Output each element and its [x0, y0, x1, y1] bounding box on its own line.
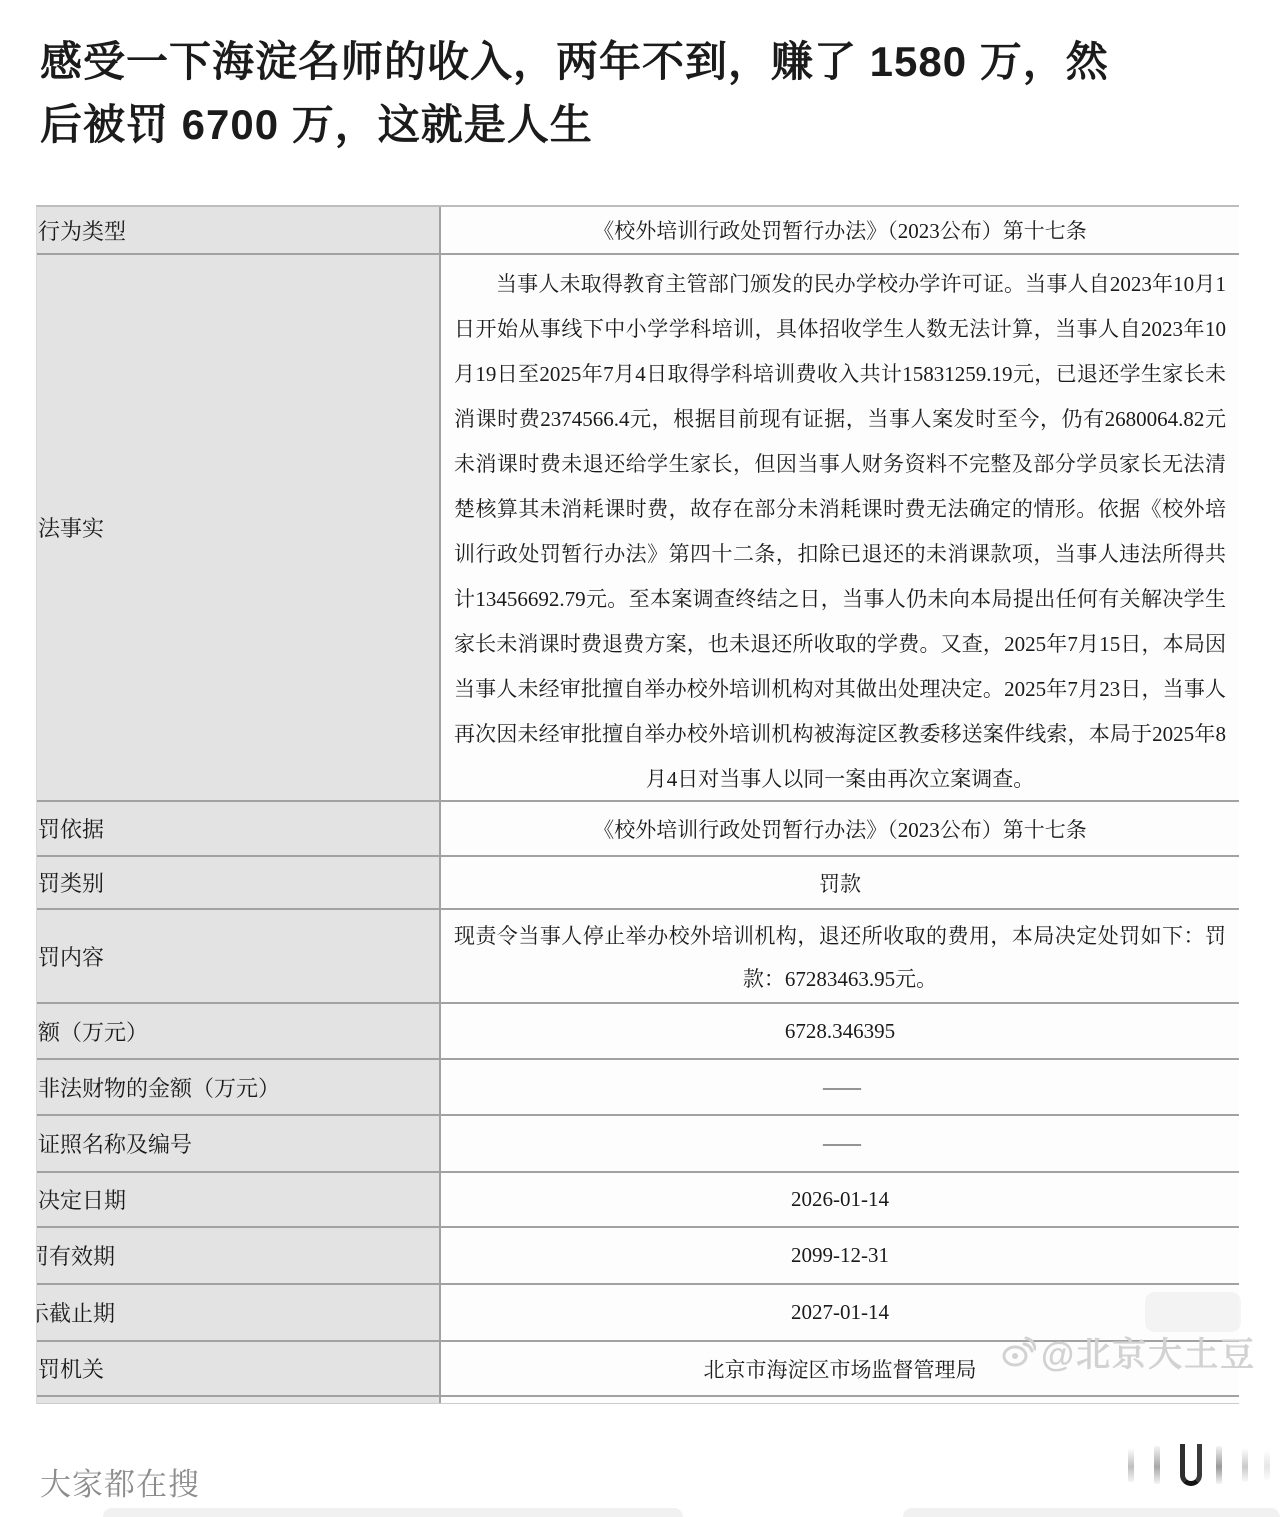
- row-value: 《校外培训行政处罚暂行办法》（2023公布）第十七条: [441, 207, 1239, 253]
- row-label: 决定日期: [37, 1173, 441, 1226]
- partial-glyph-bar: [1128, 1448, 1134, 1482]
- table-row-license-name-number: 证照名称及编号 ——: [37, 1116, 1239, 1173]
- partial-glyph-bar: [1216, 1446, 1222, 1484]
- table-row-penalty-basis: 罚依据 《校外培训行政处罚暂行办法》（2023公布）第十七条: [37, 802, 1239, 857]
- table-row-illegal-property-amount: 非法财物的金额（万元） ——: [37, 1060, 1239, 1116]
- row-value: 《校外培训行政处罚暂行办法》（2023公布）第十七条: [441, 802, 1239, 855]
- weibo-watermark-icon: [1000, 1336, 1036, 1368]
- partial-glyph-bar: [1242, 1448, 1248, 1482]
- row-label: 额（万元）: [37, 1004, 441, 1058]
- partial-glyph-bar: [1154, 1446, 1160, 1484]
- row-label: 非法财物的金额（万元）: [37, 1060, 441, 1114]
- row-label: 行为类型: [37, 207, 441, 253]
- post-title-line-1: 感受一下海淀名师的收入，两年不到，赚了 1580 万，然: [40, 30, 1272, 93]
- trending-search-pill[interactable]: [103, 1508, 683, 1517]
- row-value: ——: [441, 1060, 1239, 1114]
- row-label: 罚内容: [37, 910, 441, 1002]
- post-title-line-2: 后被罚 6700 万，这就是人生: [40, 93, 1272, 156]
- row-value: 罚款: [441, 857, 1239, 908]
- row-value: 6728.346395: [441, 1004, 1239, 1058]
- row-label: 法事实: [37, 255, 441, 800]
- faint-watermark-blob: [1145, 1292, 1241, 1332]
- post-title: 感受一下海淀名师的收入，两年不到，赚了 1580 万，然 后被罚 6700 万，…: [40, 30, 1272, 156]
- row-value: ——: [441, 1116, 1239, 1171]
- row-value: 2099-12-31: [441, 1228, 1239, 1283]
- table-row-penalty-category: 罚类别 罚款: [37, 857, 1239, 910]
- table-row-penalty-content: 罚内容 现责令当事人停止举办校外培训机构，退还所收取的费用，本局决定处罚如下：罚…: [37, 910, 1239, 1004]
- trending-search-pill[interactable]: [903, 1508, 1280, 1517]
- row-value: 2026-01-14: [441, 1173, 1239, 1226]
- row-value: [441, 1397, 1239, 1403]
- table-row-fine-amount: 额（万元） 6728.346395: [37, 1004, 1239, 1060]
- table-row-cut-off: [37, 1397, 1239, 1404]
- weibo-watermark: @北京大土豆: [1000, 1327, 1256, 1376]
- row-label: 示截止期: [37, 1285, 441, 1340]
- table-row-behavior-type: 行为类型 《校外培训行政处罚暂行办法》（2023公布）第十七条: [37, 207, 1239, 255]
- table-row-penalty-validity: 罚有效期 2099-12-31: [37, 1228, 1239, 1285]
- row-value: 现责令当事人停止举办校外培训机构，退还所收取的费用，本局决定处罚如下：罚款：67…: [441, 910, 1239, 1002]
- row-value: 当事人未取得教育主管部门颁发的民办学校办学许可证。当事人自2023年10月1日开…: [441, 255, 1239, 800]
- row-label: 罚类别: [37, 857, 441, 908]
- row-label: [37, 1397, 441, 1403]
- row-label: 证照名称及编号: [37, 1116, 441, 1171]
- table-row-violation-facts: 法事实 当事人未取得教育主管部门颁发的民办学校办学许可证。当事人自2023年10…: [37, 255, 1239, 802]
- trending-search-heading: 大家都在搜: [40, 1459, 200, 1504]
- row-label: 罚依据: [37, 802, 441, 855]
- weibo-watermark-handle: @北京大土豆: [1041, 1327, 1256, 1376]
- penalty-table: 行为类型 《校外培训行政处罚暂行办法》（2023公布）第十七条 法事实 当事人未…: [36, 205, 1239, 1404]
- table-row-decision-date: 决定日期 2026-01-14: [37, 1173, 1239, 1228]
- partial-glyph-mark: [1180, 1444, 1202, 1486]
- row-label: 罚有效期: [37, 1228, 441, 1283]
- row-label: 罚机关: [37, 1342, 441, 1395]
- partial-glyph-bar: [1264, 1450, 1270, 1480]
